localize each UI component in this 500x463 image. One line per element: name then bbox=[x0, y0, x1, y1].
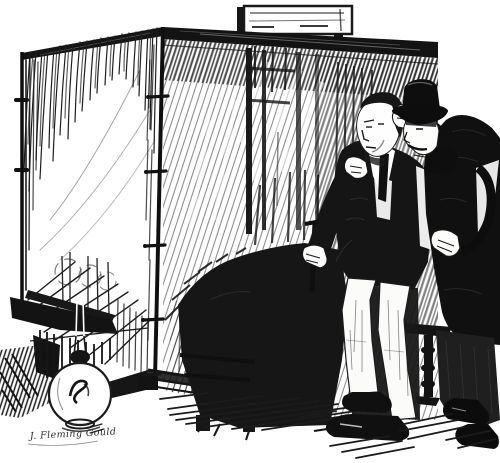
svg-text:J. Fleming Gould: J. Fleming Gould bbox=[28, 426, 117, 442]
engraving-illustration: J. Fleming Gould bbox=[0, 0, 500, 463]
flask-stopper bbox=[70, 350, 90, 364]
front-man-shoe-back bbox=[342, 392, 392, 413]
illustration-page: J. Fleming Gould bbox=[0, 0, 500, 463]
flask-bulb bbox=[49, 363, 111, 425]
artist-signature: J. Fleming Gould bbox=[28, 426, 117, 445]
front-man-shoe-front bbox=[326, 414, 409, 441]
